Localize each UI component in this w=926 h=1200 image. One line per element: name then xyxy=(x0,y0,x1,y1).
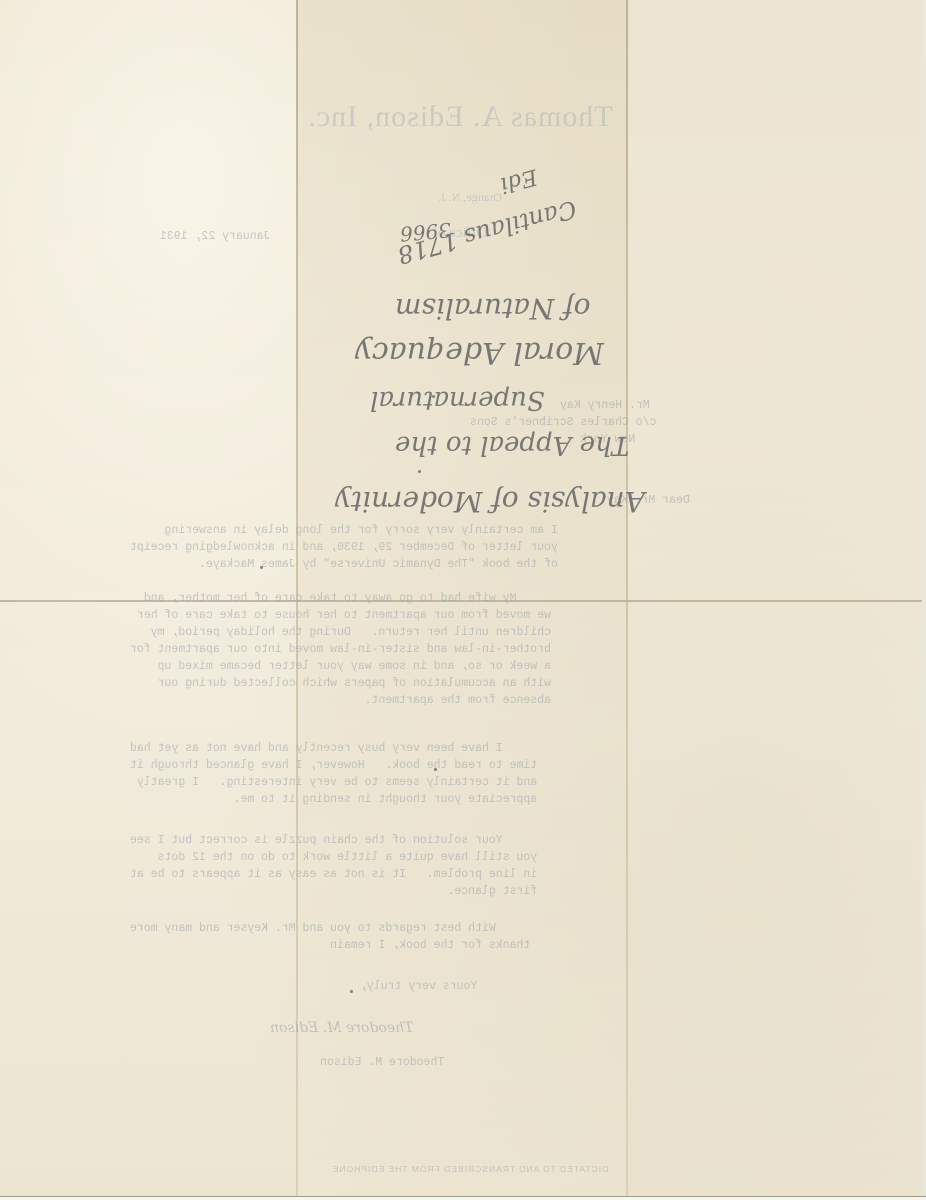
paragraph-1: I am certainly very sorry for the long d… xyxy=(130,522,558,573)
signature-showthrough: Theodore M. Edison xyxy=(270,1020,413,1037)
address-line-1: Mr. Henry Kay xyxy=(560,397,650,414)
paper-speck xyxy=(350,990,353,993)
signer-name-showthrough: Theodore M. Edison xyxy=(320,1054,444,1071)
pencil-note-analysis-of-modernity: Analysis of Modernity xyxy=(335,485,645,518)
closing-showthrough: Yours very truly, xyxy=(360,978,477,995)
date-showthrough: January 22, 1931 xyxy=(160,228,270,245)
paragraph-5: With best regards to you and Mr. Keyser … xyxy=(130,920,530,954)
letterhead-showthrough: Thomas A. Edison, Inc. xyxy=(250,100,670,134)
paper-edge-right xyxy=(922,0,926,1196)
paper-speck xyxy=(418,470,421,473)
paragraph-2: My wife had to go away to take care of h… xyxy=(130,590,551,709)
vertical-fold-right xyxy=(626,0,628,1196)
paper-speck xyxy=(432,395,435,398)
paper-speck xyxy=(434,768,437,771)
address-line-2: c/o Charles Scribner's Sons xyxy=(470,414,656,431)
footer-showthrough: DICTATED TO AND TRANSCRIBED FROM THE EDI… xyxy=(290,1164,650,1174)
pencil-note-appeal: The Appeal to the xyxy=(395,430,629,460)
paragraph-4: Your solution of the chain puzzle is cor… xyxy=(130,832,537,900)
paper-edge-bottom xyxy=(0,1196,926,1200)
pencil-note-naturalism: of Naturalism xyxy=(395,292,591,325)
pencil-note-number: 3966 xyxy=(399,218,452,246)
paper-speck xyxy=(260,566,263,569)
paragraph-3: I have been very busy recently and have … xyxy=(130,740,537,808)
pencil-note-supernatural: Supernatural xyxy=(370,385,545,415)
pencil-note-moral-adequacy: Moral Adequacy xyxy=(355,335,604,370)
